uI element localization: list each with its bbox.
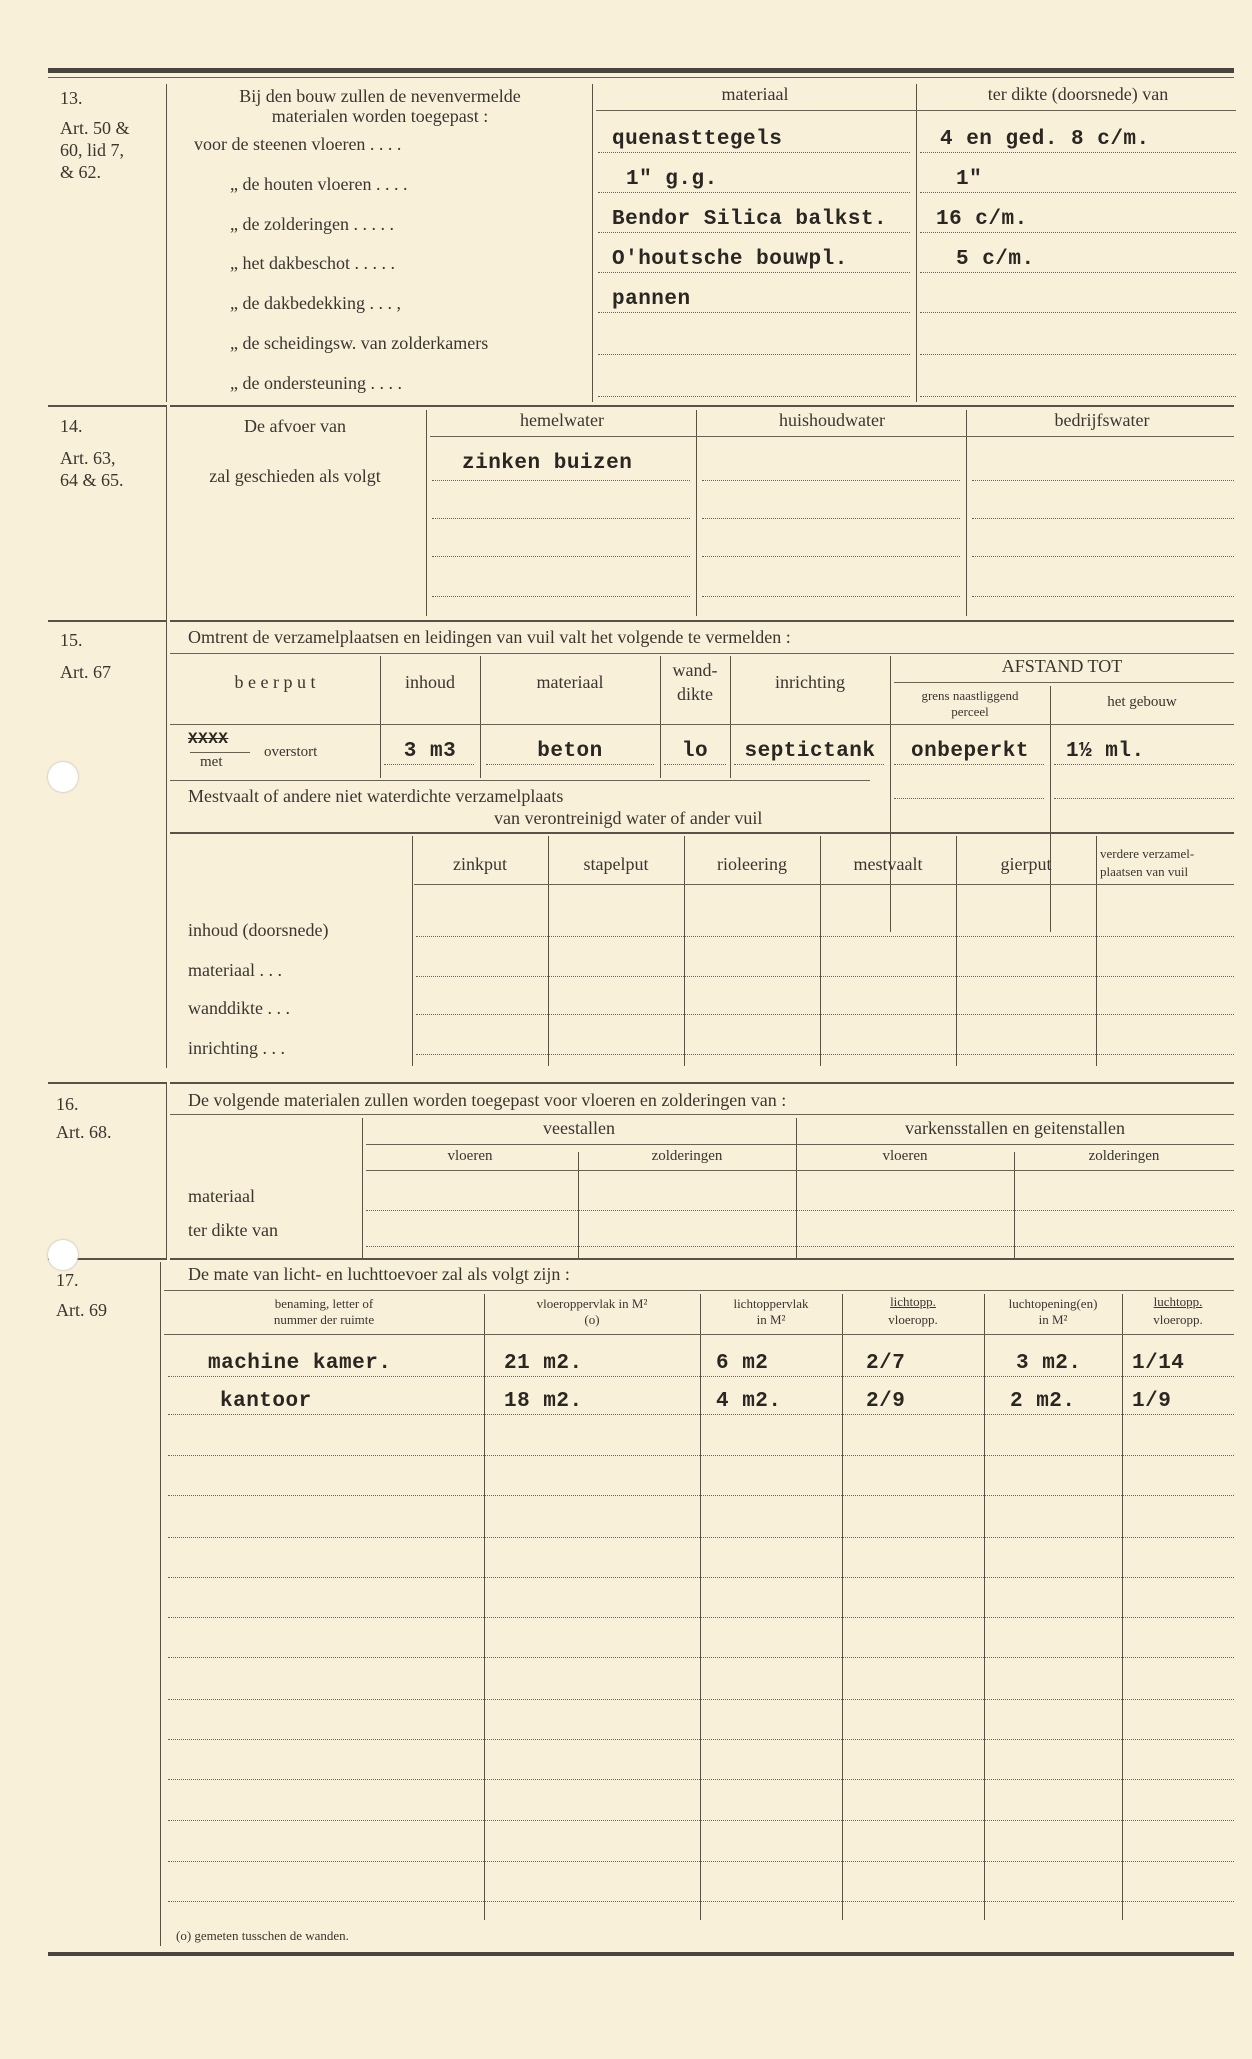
- row-rule: [170, 780, 870, 781]
- article-ref: 64 & 65.: [60, 470, 124, 491]
- column-header: in M²: [984, 1312, 1122, 1328]
- footnote: (o) gemeten tusschen de wanden.: [176, 1928, 349, 1944]
- fill-line: [168, 1537, 1234, 1538]
- fill-line: [920, 354, 1236, 355]
- article-ref: & 62.: [60, 162, 101, 183]
- column-divider: [966, 410, 967, 616]
- group-header-varkensstallen: varkensstallen en geitenstallen: [796, 1118, 1234, 1139]
- fill-line: [920, 152, 1236, 153]
- column-header: vloeropp.: [842, 1312, 984, 1328]
- mestvaalt-line: van verontreinigd water of ander vuil: [494, 808, 762, 829]
- sub-header: vloeren: [796, 1148, 1014, 1165]
- header-rule: [414, 884, 1234, 885]
- materiaal-value[interactable]: 1" g.g.: [626, 168, 718, 191]
- wanddikte-value[interactable]: lo: [660, 740, 730, 763]
- column-header-dikte: ter dikte (doorsnede) van: [920, 84, 1236, 105]
- section-rule: [170, 620, 1234, 622]
- dikte-value[interactable]: 4 en ged. 8 c/m.: [940, 128, 1150, 151]
- cell-licht-ratio[interactable]: 2/9: [866, 1390, 905, 1413]
- header-rule: [894, 682, 1234, 683]
- fill-line: [168, 1779, 1234, 1780]
- row-label: „ de houten vloeren . . . .: [230, 174, 407, 195]
- cell-lichtopp[interactable]: 6 m2: [716, 1352, 768, 1375]
- materiaal-value[interactable]: quenasttegels: [612, 128, 782, 151]
- column-divider: [700, 1294, 701, 1920]
- article-ref: Art. 50 &: [60, 118, 130, 139]
- row-label: „ de ondersteuning . . . .: [230, 373, 402, 394]
- column-header-stapelput: stapelput: [548, 854, 684, 875]
- fill-line: [702, 518, 960, 519]
- fill-line: [168, 1617, 1234, 1618]
- fill-line: [432, 480, 690, 481]
- fill-line: [598, 312, 910, 313]
- column-header-gebouw: het gebouw: [1050, 694, 1234, 711]
- fill-line: [168, 1455, 1234, 1456]
- header-rule: [164, 1334, 1234, 1335]
- fill-line: [416, 1054, 1234, 1055]
- intro-line: Bij den bouw zullen de nevenvermelde: [180, 86, 580, 107]
- fill-line: [1054, 764, 1234, 765]
- column-header-grens: grens naastliggend: [890, 688, 1050, 704]
- column-header-mestvaalt: mestvaalt: [820, 854, 956, 875]
- column-divider: [984, 1294, 985, 1920]
- column-divider: [426, 410, 427, 616]
- struck-text: XXXX: [188, 730, 228, 748]
- fill-line: [920, 396, 1236, 397]
- fill-line: [972, 556, 1234, 557]
- fill-line: [972, 518, 1234, 519]
- punch-hole: [48, 1240, 78, 1270]
- fill-line: [894, 764, 1044, 765]
- column-header-rioleering: rioleering: [684, 854, 820, 875]
- column-header-inrichting: inrichting: [730, 672, 890, 693]
- fill-line: [702, 480, 960, 481]
- cell-lucht-ratio[interactable]: 1/14: [1132, 1352, 1184, 1375]
- row-label: „ het dakbeschot . . . . .: [230, 253, 395, 274]
- bottom-rule: [48, 1952, 1234, 1956]
- fill-line: [920, 312, 1236, 313]
- fill-line: [972, 596, 1234, 597]
- column-header: benaming, letter of: [164, 1296, 484, 1312]
- dikte-value[interactable]: 5 c/m.: [956, 248, 1035, 271]
- fill-line: [168, 1820, 1234, 1821]
- fill-line: [598, 354, 910, 355]
- column-header: vloeropp.: [1122, 1312, 1234, 1328]
- cell-lucht-ratio[interactable]: 1/9: [1132, 1390, 1171, 1413]
- mestvaalt-line: Mestvaalt of andere niet waterdichte ver…: [188, 786, 563, 807]
- fill-line: [416, 1014, 1234, 1015]
- section-rule: [170, 405, 1234, 407]
- header-rule: [366, 1144, 1234, 1145]
- top-rule: [48, 68, 1234, 73]
- column-divider: [362, 1118, 363, 1258]
- dikte-value[interactable]: 1": [956, 168, 982, 191]
- section-rule: [48, 1082, 166, 1084]
- header-rule: [596, 110, 1236, 111]
- column-divider: [1096, 836, 1097, 1066]
- column-header-materiaal: materiaal: [480, 672, 660, 693]
- column-divider: [1122, 1294, 1123, 1920]
- section-number: 14.: [60, 416, 83, 437]
- fill-line: [598, 272, 910, 273]
- inhoud-value[interactable]: 3 m3: [380, 740, 480, 763]
- fill-line: [972, 480, 1234, 481]
- fill-line: [920, 272, 1236, 273]
- section-rule: [48, 620, 166, 622]
- cell-lichtopp[interactable]: 4 m2.: [716, 1390, 782, 1413]
- sub-header: vloeren: [362, 1148, 578, 1165]
- column-divider: [166, 405, 167, 621]
- fill-line: [664, 764, 726, 765]
- group-header-veestallen: veestallen: [362, 1118, 796, 1139]
- sub-row-label: materiaal . . .: [188, 960, 282, 981]
- row-label: „ de dakbedekking . . . ,: [230, 293, 401, 314]
- article-ref: Art. 68.: [56, 1122, 112, 1143]
- fill-line: [598, 232, 910, 233]
- row-label: „ de scheidingsw. van zolderkamers: [230, 333, 488, 354]
- fill-line: [416, 936, 1234, 937]
- sub-row-label: inhoud (doorsnede): [188, 920, 328, 941]
- inrichting-value[interactable]: septictank: [730, 740, 890, 763]
- section-rule: [48, 405, 166, 407]
- header-rule: [170, 724, 1234, 725]
- column-header: (o): [484, 1312, 700, 1328]
- row-label: voor de steenen vloeren . . . .: [194, 134, 401, 155]
- row-label: ter dikte van: [188, 1220, 278, 1241]
- column-divider: [578, 1152, 579, 1258]
- intro-rule: [170, 1114, 1234, 1115]
- fill-line: [168, 1699, 1234, 1700]
- column-divider: [842, 1294, 843, 1920]
- column-header-wanddikte: dikte: [660, 684, 730, 705]
- column-header: lichtoppervlak: [700, 1296, 842, 1312]
- cell-luchtopening[interactable]: 2 m2.: [1010, 1390, 1076, 1413]
- column-header-verdere: verdere verzamel-: [1100, 846, 1194, 862]
- cell-licht-ratio[interactable]: 2/7: [866, 1352, 905, 1375]
- materiaal-value[interactable]: beton: [480, 740, 660, 763]
- fill-line: [432, 556, 690, 557]
- cell-luchtopening[interactable]: 3 m2.: [1016, 1352, 1082, 1375]
- section-intro: Omtrent de verzamelplaatsen en leidingen…: [188, 627, 791, 648]
- fill-line: [168, 1376, 1234, 1377]
- sub-row-label: wanddikte . . .: [188, 998, 290, 1019]
- section-number: 15.: [60, 630, 83, 651]
- article-ref: 60, lid 7,: [60, 140, 124, 161]
- column-header-huishoudwater: huishoudwater: [700, 410, 964, 431]
- fill-line: [432, 518, 690, 519]
- column-divider: [484, 1294, 485, 1920]
- dikte-value[interactable]: 16 c/m.: [936, 208, 1028, 231]
- cell-vloeropp[interactable]: 18 m2.: [504, 1390, 583, 1413]
- column-header-wanddikte: wand-: [660, 660, 730, 681]
- fill-line: [168, 1739, 1234, 1740]
- overstort-label: overstort: [264, 744, 317, 761]
- fill-line: [432, 596, 690, 597]
- section-intro: De volgende materialen zullen worden toe…: [188, 1090, 786, 1111]
- column-divider: [166, 620, 167, 1068]
- punch-hole: [48, 762, 78, 792]
- fill-line: [734, 764, 884, 765]
- column-header-inhoud: inhoud: [380, 672, 480, 693]
- fill-line: [168, 1577, 1234, 1578]
- column-divider: [916, 84, 917, 402]
- column-header: vloeroppervlak in M²: [484, 1296, 700, 1312]
- column-header: luchtopening(en): [984, 1296, 1122, 1312]
- materiaal-value[interactable]: Bendor Silica balkst.: [612, 208, 887, 231]
- hemelwater-value[interactable]: zinken buizen: [462, 452, 632, 475]
- sub-header: zolderingen: [578, 1148, 796, 1165]
- column-header: nummer der ruimte: [164, 1312, 484, 1328]
- column-header: in M²: [700, 1312, 842, 1328]
- section-rule: [170, 1258, 1234, 1260]
- cell-ruimte[interactable]: kantoor: [220, 1390, 312, 1413]
- column-divider: [1050, 686, 1051, 932]
- column-divider: [1014, 1152, 1015, 1258]
- sub-row-label: inrichting . . .: [188, 1038, 285, 1059]
- fill-line: [894, 798, 1044, 799]
- column-header-hemelwater: hemelwater: [430, 410, 694, 431]
- header-rule: [366, 1170, 1234, 1171]
- section-number: 13.: [60, 88, 83, 109]
- column-divider: [160, 1262, 161, 1946]
- afvoer-label: zal geschieden als volgt: [170, 466, 420, 487]
- fill-line: [168, 1861, 1234, 1862]
- column-header-bedrijfswater: bedrijfswater: [970, 410, 1234, 431]
- fill-line: [598, 192, 910, 193]
- section-rule: [170, 1082, 1234, 1084]
- fill-line: [168, 1901, 1234, 1902]
- intro-line: materialen worden toegepast :: [180, 106, 580, 127]
- column-header-zinkput: zinkput: [412, 854, 548, 875]
- section-intro: De mate van licht- en luchttoevoer zal a…: [188, 1264, 570, 1285]
- fill-line: [168, 1495, 1234, 1496]
- sub-header: zolderingen: [1014, 1148, 1234, 1165]
- article-ref: Art. 67: [60, 662, 111, 683]
- column-divider: [166, 84, 167, 402]
- article-ref: Art. 69: [56, 1300, 107, 1321]
- intro-rule: [170, 653, 1234, 654]
- fill-line: [168, 1414, 1234, 1415]
- materiaal-value[interactable]: pannen: [612, 288, 691, 311]
- fill-line: [1054, 798, 1234, 799]
- fill-line: [168, 1657, 1234, 1658]
- column-header-grens: perceel: [890, 704, 1050, 720]
- column-header-gierput: gierput: [956, 854, 1096, 875]
- column-header-afstand-tot: AFSTAND TOT: [890, 656, 1234, 677]
- column-header-verdere: plaatsen van vuil: [1100, 864, 1188, 880]
- section-number: 16.: [56, 1094, 79, 1115]
- fill-line: [598, 396, 910, 397]
- fill-line: [702, 556, 960, 557]
- column-header: luchtopp.: [1122, 1294, 1234, 1310]
- afvoer-label: De afvoer van: [170, 416, 420, 437]
- column-header-materiaal: materiaal: [596, 84, 914, 105]
- gebouw-value[interactable]: 1½ ml.: [1066, 740, 1145, 763]
- fill-line: [702, 596, 960, 597]
- fill-line: [384, 764, 474, 765]
- met-label: met: [200, 754, 223, 771]
- cell-ruimte[interactable]: machine kamer.: [208, 1352, 391, 1375]
- column-divider: [166, 1082, 167, 1260]
- fill-line: [598, 152, 910, 153]
- section-number: 17.: [56, 1270, 79, 1291]
- fill-line: [486, 764, 654, 765]
- cell-vloeropp[interactable]: 21 m2.: [504, 1352, 583, 1375]
- column-divider: [796, 1118, 797, 1258]
- fill-line: [416, 976, 1234, 977]
- materiaal-value[interactable]: O'houtsche bouwpl.: [612, 248, 848, 271]
- fill-line: [366, 1210, 1234, 1211]
- fraction-rule: [190, 752, 250, 753]
- grens-value[interactable]: onbeperkt: [890, 740, 1050, 763]
- row-label: materiaal: [188, 1186, 255, 1207]
- row-label: „ de zolderingen . . . . .: [230, 214, 394, 235]
- header-rule: [430, 436, 1234, 437]
- fill-line: [920, 192, 1236, 193]
- column-header-beerput: b e e r p u t: [170, 672, 380, 693]
- top-rule-thin: [48, 77, 1234, 78]
- column-divider: [696, 410, 697, 616]
- intro-rule: [164, 1290, 1234, 1291]
- column-header: lichtopp.: [842, 1294, 984, 1310]
- fill-line: [920, 232, 1236, 233]
- article-ref: Art. 63,: [60, 448, 116, 469]
- fill-line: [366, 1246, 1234, 1247]
- row-rule: [170, 832, 1234, 834]
- column-divider: [592, 84, 593, 402]
